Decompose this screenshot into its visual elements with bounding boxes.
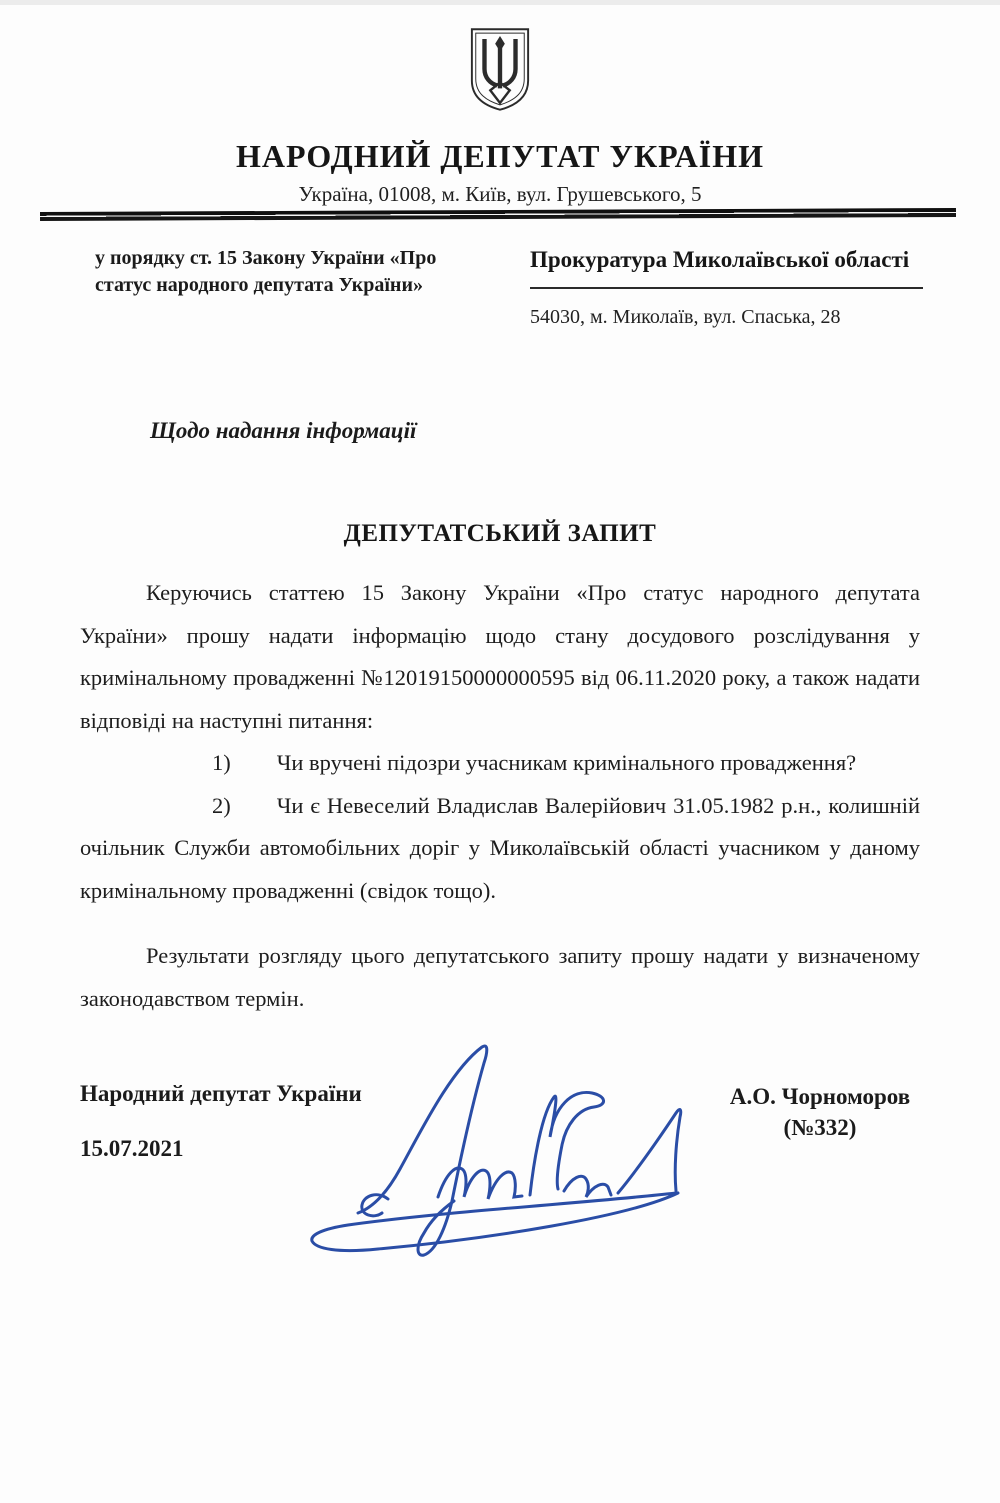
question-marker: 2) [146,785,231,828]
question-item: 1)Чи вручені підозри учасникам криміналь… [80,742,920,785]
signature-date: 15.07.2021 [80,1136,184,1162]
tryzub-shield-icon [468,99,532,116]
handwritten-signature [288,1041,708,1281]
question-text: Чи вручені підозри учасникам кримінально… [277,750,856,775]
question-marker: 1) [146,742,231,785]
recipient-name: Прокуратура Миколаївської області [530,245,923,289]
scan-edge-artifact [0,0,1000,5]
letterhead-address: Україна, 01008, м. Київ, вул. Грушевсько… [0,182,1000,207]
subject-line: Щодо надання інформації [150,418,416,444]
signature-block: Народний депутат України 15.07.2021 А.О.… [0,1063,1000,1303]
reference-recipient-row: у порядку ст. 15 Закону України «Про ста… [95,245,923,329]
signer-number: (№332) [690,1112,950,1143]
signer-name-block: А.О. Чорноморов (№332) [690,1081,950,1143]
document-title: ДЕПУТАТСЬКИЙ ЗАПИТ [0,520,1000,548]
emblem-container [0,26,1000,117]
question-item: 2)Чи є Невеселий Владислав Валерійович 3… [80,785,920,913]
letterhead-divider [40,208,956,221]
intro-paragraph: Керуючись статтею 15 Закону України «Про… [80,572,920,742]
document-page: НАРОДНИЙ ДЕПУТАТ УКРАЇНИ Україна, 01008,… [0,0,1000,1503]
closing-paragraph: Результати розгляду цього депутатського … [80,935,920,1020]
document-body: Керуючись статтею 15 Закону України «Про… [80,572,920,1020]
signer-name: А.О. Чорноморов [690,1081,950,1112]
legal-basis-note: у порядку ст. 15 Закону України «Про ста… [95,245,495,299]
recipient-block: Прокуратура Миколаївської області 54030,… [530,245,923,329]
recipient-address: 54030, м. Миколаїв, вул. Спаська, 28 [530,306,923,329]
letterhead-title: НАРОДНИЙ ДЕПУТАТ УКРАЇНИ [0,138,1000,175]
